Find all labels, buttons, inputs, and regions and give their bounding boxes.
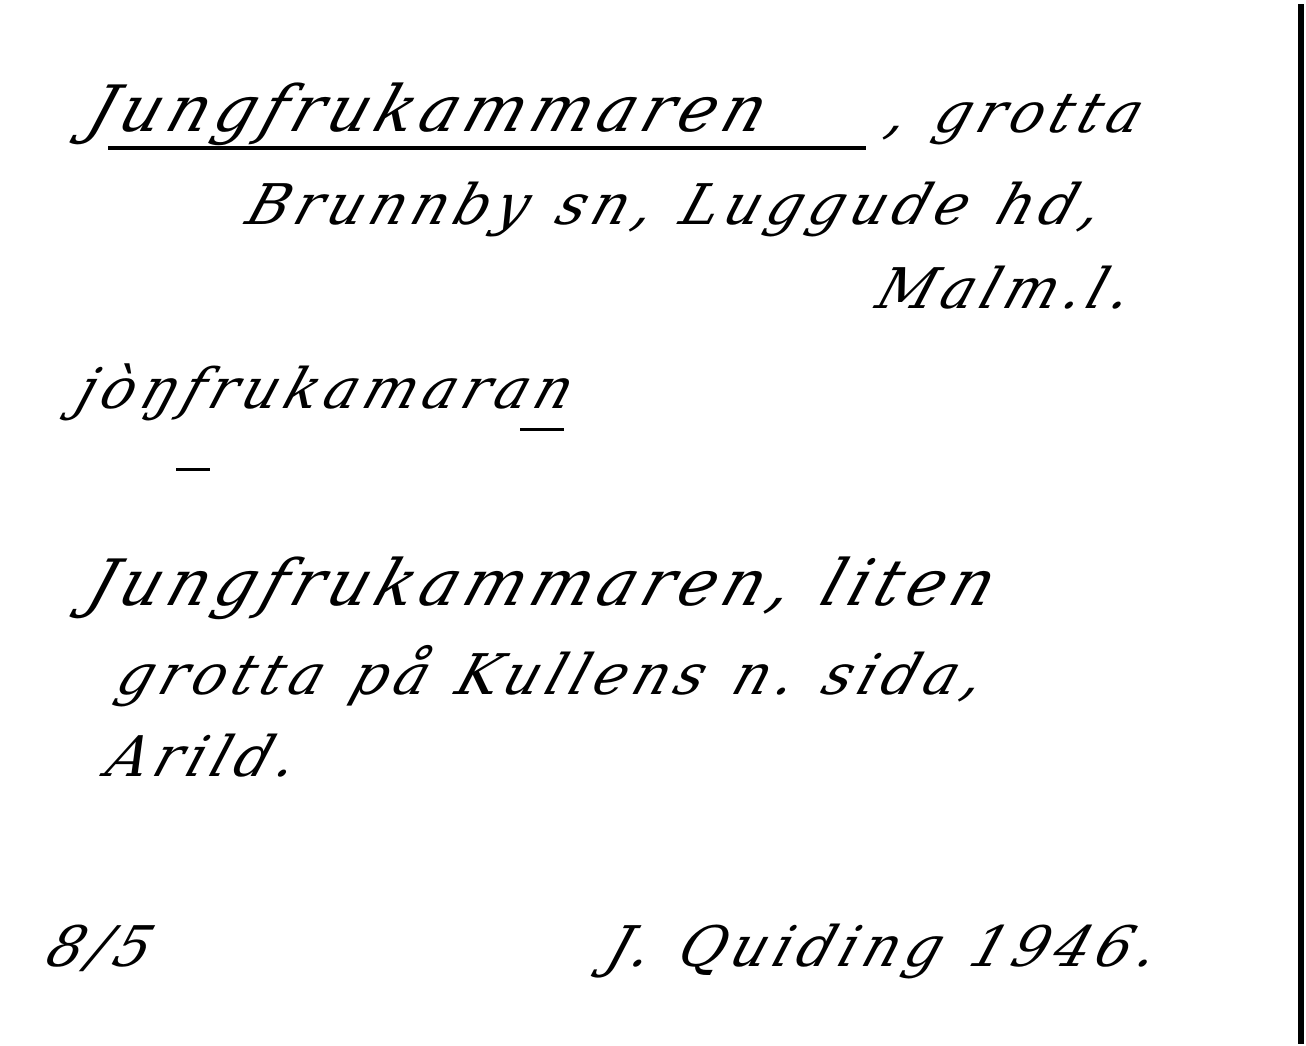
entry-1-category: , grotta xyxy=(880,86,1157,142)
pronunciation-mark-1 xyxy=(176,468,210,471)
entry-3-line-2: grotta på Kullens n. sida, xyxy=(110,648,997,704)
entry-1-parish-district: Brunnby sn, Luggude hd, xyxy=(240,178,1116,234)
pronunciation-mark-2 xyxy=(520,428,564,431)
card-number: 8/5 xyxy=(40,920,166,976)
headword-underline xyxy=(108,146,866,150)
headword-jungfrukammaren: Jungfrukammaren xyxy=(80,78,782,142)
pronunciation-transcription: jòŋfrukamaran xyxy=(70,362,587,418)
scan-edge-border xyxy=(1298,4,1304,1044)
record-card: Jungfrukammaren , grotta Brunnby sn, Lug… xyxy=(0,0,1306,1046)
entry-3-line-1: Jungfrukammaren, liten xyxy=(80,552,1010,616)
entry-3-line-3: Arild. xyxy=(100,730,311,786)
signature-and-year: J. Quiding 1946. xyxy=(600,920,1172,976)
entry-1-county: Malm.l. xyxy=(870,262,1145,318)
